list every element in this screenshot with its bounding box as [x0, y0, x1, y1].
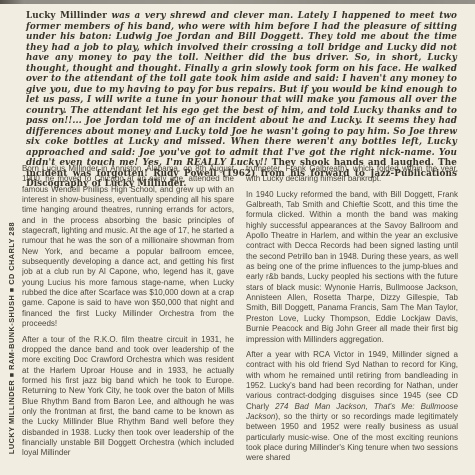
- intro-quote: Lucky Millinder was a very shrewd and cl…: [26, 11, 457, 190]
- text-segment: In 1940 Lucky reformed the band, with Bi…: [246, 190, 458, 344]
- text-segment: ), so the thirty or so recordings made l…: [246, 412, 458, 462]
- text-segment: trumpeter, Frank Galbreath), which folde…: [246, 164, 458, 183]
- paragraph: trumpeter, Frank Galbreath), which folde…: [246, 164, 458, 185]
- scan-edge-top: [0, 0, 475, 4]
- body-columns: Born Lucius Millinder in Anniston, Alaba…: [22, 164, 458, 475]
- left-column: Born Lucius Millinder in Anniston, Alaba…: [22, 164, 234, 475]
- text-segment: Born Lucius Millinder in Anniston, Alaba…: [22, 164, 234, 328]
- text-segment: was a very shrewd and clever man. Lately…: [26, 11, 457, 168]
- paragraph: After a year with RCA Victor in 1949, Mi…: [246, 350, 458, 464]
- spine-text: LUCKY MILLINDER ■ RAM-BUNK-SHUSH ■ CD CH…: [7, 213, 19, 463]
- text-segment: After a tour of the R.K.O. film theatre …: [22, 335, 234, 458]
- right-column: trumpeter, Frank Galbreath), which folde…: [246, 164, 458, 475]
- paragraph: In 1940 Lucky reformed the band, with Bi…: [246, 190, 458, 345]
- text-segment: Lucky Millinder: [26, 11, 107, 21]
- paragraph: After a tour of the R.K.O. film theatre …: [22, 335, 234, 459]
- paragraph: Born Lucius Millinder in Anniston, Alaba…: [22, 164, 234, 330]
- liner-notes-page: LUCKY MILLINDER ■ RAM-BUNK-SHUSH ■ CD CH…: [0, 0, 475, 475]
